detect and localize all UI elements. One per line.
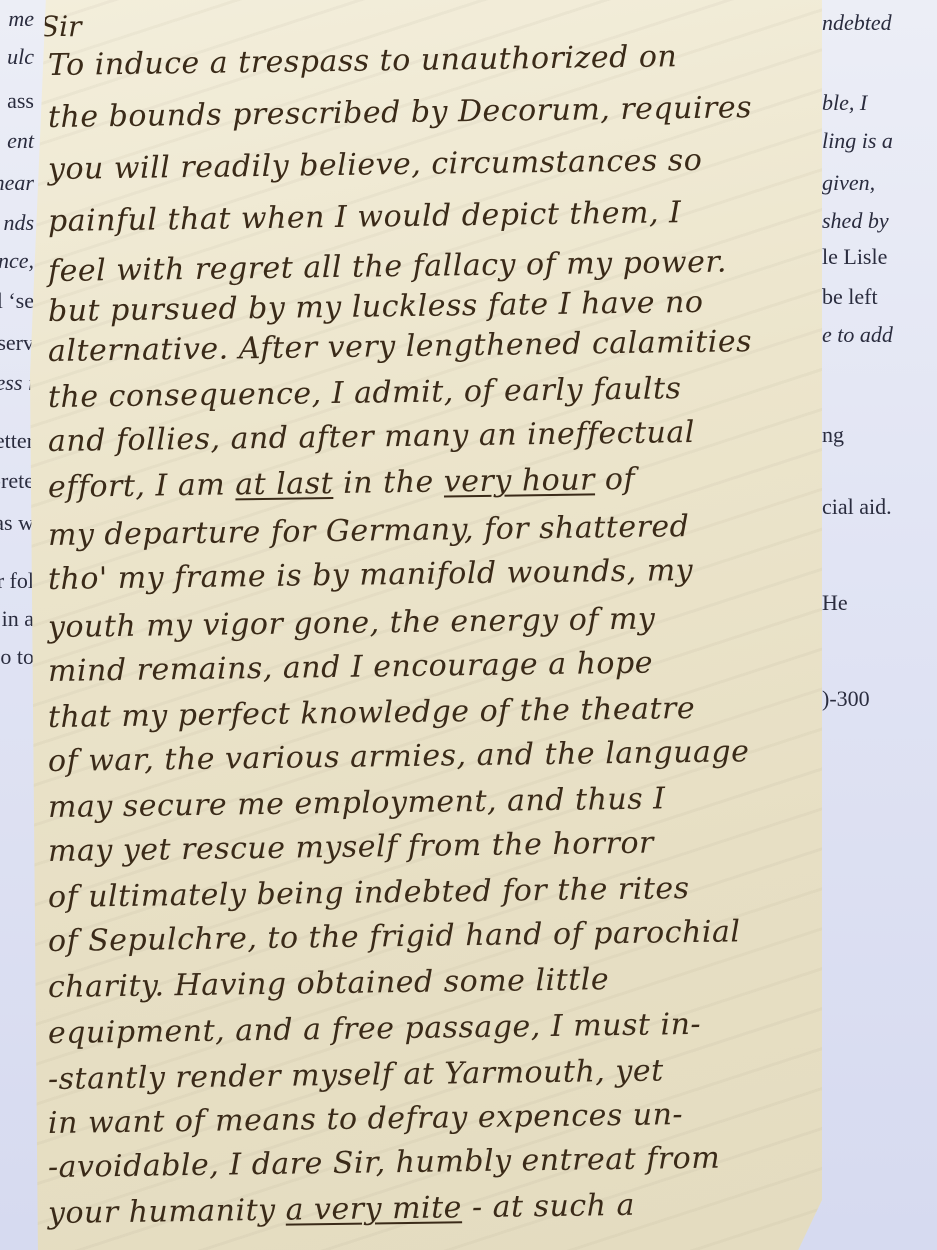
background-text-line: cial aid. <box>822 496 892 518</box>
background-text-line: ng <box>822 424 844 446</box>
background-text-line: go to <box>0 646 34 668</box>
background-text-line: ulc <box>7 46 34 68</box>
background-text-line: near <box>0 172 34 194</box>
background-text-line: etter <box>0 430 34 452</box>
background-text-line: be left <box>822 286 878 308</box>
background-text-line: e to add <box>822 324 893 346</box>
background-text-line: serv <box>0 332 34 354</box>
background-text-line: me <box>8 8 34 30</box>
background-text-line: in a <box>2 608 34 630</box>
background-text-line: ll ‘se <box>0 290 34 312</box>
handwritten-letter: Sir To induce a trespass to unauthorized… <box>30 0 822 1250</box>
background-text-line: shed by <box>822 210 889 232</box>
background-text-line: prete <box>0 470 34 492</box>
background-text-line: ress i <box>0 372 34 394</box>
background-text-line: given, <box>822 172 875 194</box>
background-text-line: le Lisle <box>822 246 887 268</box>
background-text-line: ble, I <box>822 92 867 114</box>
background-text-line: ar fol <box>0 570 34 592</box>
background-text-line: ent <box>7 130 34 152</box>
background-text-line: He <box>822 592 848 614</box>
background-text-line: ass <box>7 90 34 112</box>
background-text-line: nce, <box>0 250 34 272</box>
background-text-line: as w <box>0 512 34 534</box>
background-text-line: )-300 <box>822 688 870 710</box>
background-text-line: ling is a <box>822 130 893 152</box>
background-text-line: ndebted <box>822 12 892 34</box>
background-text-line: nds <box>3 212 34 234</box>
salutation: Sir <box>40 10 82 43</box>
